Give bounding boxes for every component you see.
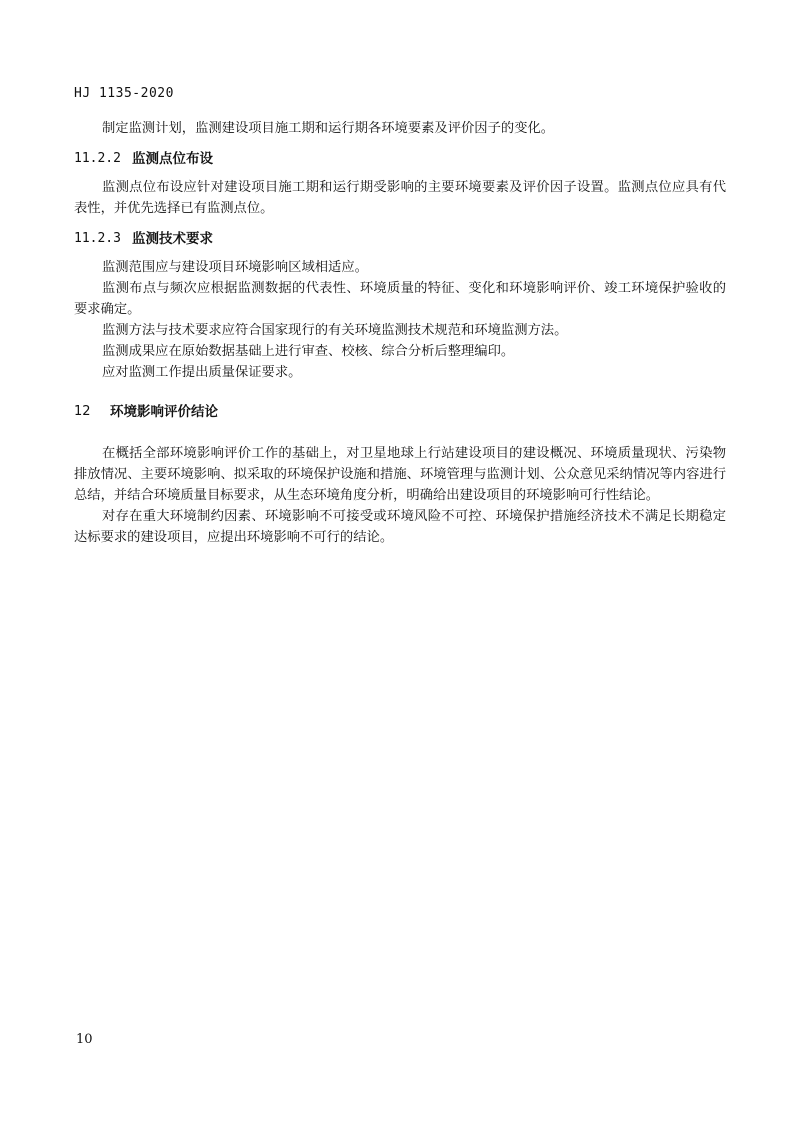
document-page: HJ 1135-2020 制定监测计划，监测建设项目施工期和运行期各环境要素及评… <box>0 0 800 1131</box>
standard-code-header: HJ 1135-2020 <box>74 86 174 101</box>
section-11-2-2-heading: 11.2.2 监测点位布设 <box>74 148 726 170</box>
page-content: 制定监测计划，监测建设项目施工期和运行期各环境要素及评价因子的变化。 11.2.… <box>74 118 726 548</box>
section-number: 11.2.3 <box>74 228 132 250</box>
paragraph-monitoring-results: 监测成果应在原始数据基础上进行审查、校核、综合分析后整理编印。 <box>74 341 726 362</box>
paragraph-monitoring-scope: 监测范围应与建设项目环境影响区域相适应。 <box>74 257 726 278</box>
paragraph-quality-assurance: 应对监测工作提出质量保证要求。 <box>74 362 726 383</box>
paragraph-monitoring-points: 监测点位布设应针对建设项目施工期和运行期受影响的主要环境要素及评价因子设置。监测… <box>74 177 726 219</box>
section-title: 监测点位布设 <box>132 148 213 170</box>
page-number: 10 <box>76 1032 93 1047</box>
section-12-heading: 12 环境影响评价结论 <box>74 401 726 423</box>
paragraph-conclusion-summary: 在概括全部环境影响评价工作的基础上，对卫星地球上行站建设项目的建设概况、环境质量… <box>74 443 726 506</box>
paragraph-conclusion-infeasible: 对存在重大环境制约因素、环境影响不可接受或环境风险不可控、环境保护措施经济技术不… <box>74 506 726 548</box>
section-number: 12 <box>74 401 110 423</box>
paragraph-monitoring-frequency: 监测布点与频次应根据监测数据的代表性、环境质量的特征、变化和环境影响评价、竣工环… <box>74 278 726 320</box>
section-title: 监测技术要求 <box>132 228 213 250</box>
section-11-2-3-heading: 11.2.3 监测技术要求 <box>74 228 726 250</box>
paragraph-monitoring-plan: 制定监测计划，监测建设项目施工期和运行期各环境要素及评价因子的变化。 <box>74 118 726 139</box>
section-number: 11.2.2 <box>74 148 132 170</box>
paragraph-monitoring-methods: 监测方法与技术要求应符合国家现行的有关环境监测技术规范和环境监测方法。 <box>74 320 726 341</box>
section-title: 环境影响评价结论 <box>110 401 218 423</box>
